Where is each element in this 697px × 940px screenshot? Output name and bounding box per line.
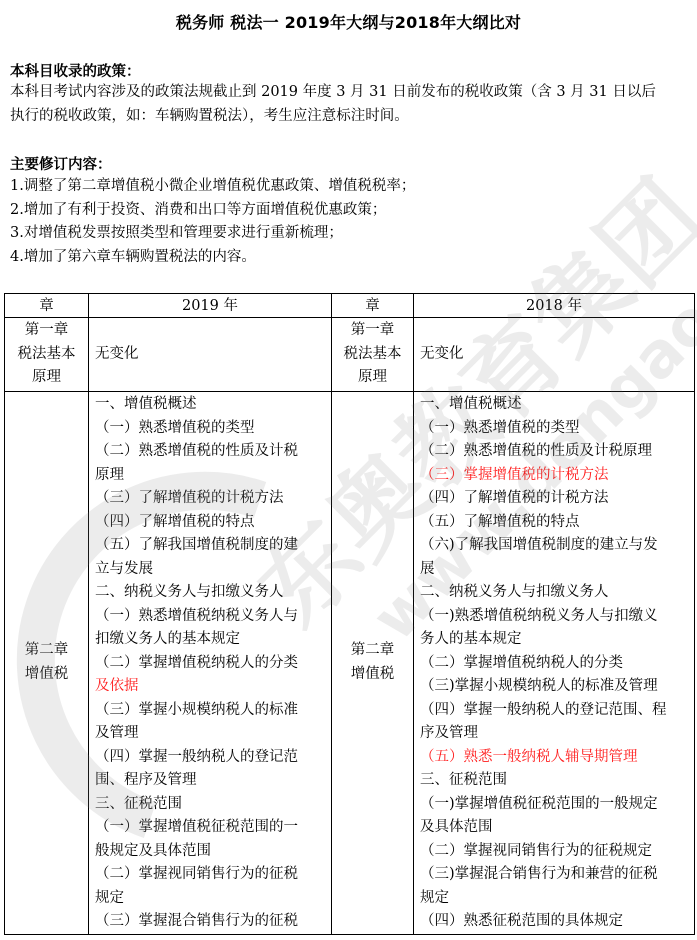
revisions-heading: 主要修订内容： (10, 153, 112, 174)
outline-line: 般规定及具体范围 (95, 840, 327, 864)
outline-line: （一)掌握增值税征税范围的一般规定 (420, 793, 690, 817)
page-title: 税务师 税法一 2019年大纲与2018年大纲比对 (0, 10, 697, 33)
header-2019: 2019 年 (89, 294, 332, 318)
chapter-line: 第二章 (7, 639, 86, 663)
outline-line: （四）掌握一般纳税人的登记范围、程 (420, 699, 690, 723)
outline-line: （二）掌握视同销售行为的征税 (95, 863, 327, 887)
policy-heading: 本科目收录的政策： (10, 60, 141, 81)
outline-line-changed: （三）掌握增值税的计税方法 (420, 464, 690, 488)
outline-line: （五）了解我国增值税制度的建 (95, 534, 327, 558)
outline-line: 围、程序及管理 (95, 769, 327, 793)
outline-line-changed: （五）熟悉一般纳税人辅导期管理 (420, 746, 690, 770)
table-row: 第一章 税法基本 原理 无变化 第一章 税法基本 原理 无变化 (5, 318, 695, 392)
revision-item: 2.增加了有利于投资、消费和出口等方面增值税优惠政策； (10, 199, 415, 223)
chapter-line: 第一章 (7, 319, 86, 343)
outline-line-changed: 及依据 (95, 675, 327, 699)
chapter-cell-2018: 第二章 增值税 (332, 392, 414, 935)
document-page: 税务师 税法一 2019年大纲与2018年大纲比对 本科目收录的政策： 本科目考… (0, 0, 697, 940)
chapter-cell-2019: 第一章 税法基本 原理 (5, 318, 89, 392)
outline-line: （四）了解增值税的特点 (95, 511, 327, 535)
outline-line: （二）掌握增值税纳税人的分类 (95, 652, 327, 676)
revision-item: 1.调整了第二章增值税小微企业增值税优惠政策、增值税税率； (10, 175, 415, 199)
outline-line: （二）掌握增值税纳税人的分类 (420, 652, 690, 676)
outline-line: （一）熟悉增值税纳税义务人与 (95, 605, 327, 629)
outline-line: （二）熟悉增值税的性质及计税原理 (420, 440, 690, 464)
header-2018: 2018 年 (414, 294, 695, 318)
content-cell-2019: 一、增值税概述（一）熟悉增值税的类型（二）熟悉增值税的性质及计税原理（三）了解增… (89, 392, 332, 935)
outline-line: （一）熟悉增值税的类型 (95, 417, 327, 441)
chapter-line: 增值税 (7, 663, 86, 687)
revision-item: 3.对增值税发票按照类型和管理要求进行重新梳理； (10, 222, 415, 246)
outline-line: 规定 (95, 887, 327, 911)
outline-line: （三)掌握混合销售行为和兼营的征税 (420, 863, 690, 887)
chapter-line: 增值税 (334, 663, 411, 687)
outline-line: （六)了解我国增值税制度的建立与发 (420, 534, 690, 558)
outline-line: 立与发展 (95, 558, 327, 582)
content-cell-2018: 无变化 (414, 318, 695, 392)
content-cell-2019: 无变化 (89, 318, 332, 392)
outline-line: 及具体范围 (420, 816, 690, 840)
chapter-line: 税法基本 (334, 343, 411, 367)
outline-line: 三、征税范围 (420, 769, 690, 793)
outline-line: （四）了解增值税的计税方法 (420, 487, 690, 511)
outline-line: （一）掌握增值税征税范围的一 (95, 816, 327, 840)
revisions-list: 1.调整了第二章增值税小微企业增值税优惠政策、增值税税率； 2.增加了有利于投资… (10, 175, 415, 269)
outline-line: （四）掌握一般纳税人的登记范 (95, 746, 327, 770)
outline-line: （三）掌握小规模纳税人的标准 (95, 699, 327, 723)
outline-line: 务人的基本规定 (420, 628, 690, 652)
outline-line: （二）熟悉增值税的性质及计税 (95, 440, 327, 464)
chapter-line: 第二章 (334, 639, 411, 663)
outline-line: （三）掌握混合销售行为的征税 (95, 910, 327, 934)
outline-line: 规定 (420, 887, 690, 911)
outline-line: 原理 (95, 464, 327, 488)
table-header-row: 章 2019 年 章 2018 年 (5, 294, 695, 318)
chapter-line: 税法基本 (7, 343, 86, 367)
chapter-line: 原理 (7, 366, 86, 390)
outline-line: 序及管理 (420, 722, 690, 746)
header-chapter-2018: 章 (332, 294, 414, 318)
outline-line: 及管理 (95, 722, 327, 746)
chapter-cell-2019: 第二章 增值税 (5, 392, 89, 935)
syllabus-comparison-table: 章 2019 年 章 2018 年 第一章 税法基本 原理 无变化 第一章 税法… (4, 293, 695, 935)
outline-line: 一、增值税概述 (95, 393, 327, 417)
policy-text: 本科目考试内容涉及的政策法规截止到 2019 年度 3 月 31 日前发布的税收… (10, 80, 670, 128)
outline-line: （五）了解增值税的特点 (420, 511, 690, 535)
chapter-cell-2018: 第一章 税法基本 原理 (332, 318, 414, 392)
chapter-line: 原理 (334, 366, 411, 390)
outline-line: （一）熟悉增值税的类型 (420, 417, 690, 441)
outline-line: 二、纳税义务人与扣缴义务人 (420, 581, 690, 605)
outline-line: （三）了解增值税的计税方法 (95, 487, 327, 511)
outline-line: 一、增值税概述 (420, 393, 690, 417)
outline-line: 二、纳税义务人与扣缴义务人 (95, 581, 327, 605)
outline-line: （一)熟悉增值税纳税义务人与扣缴义 (420, 605, 690, 629)
table-row: 第二章 增值税 一、增值税概述（一）熟悉增值税的类型（二）熟悉增值税的性质及计税… (5, 392, 695, 935)
revision-item: 4.增加了第六章车辆购置税法的内容。 (10, 246, 415, 270)
content-cell-2018: 一、增值税概述（一）熟悉增值税的类型（二）熟悉增值税的性质及计税原理（三）掌握增… (414, 392, 695, 935)
outline-line: （四）熟悉征税范围的具体规定 (420, 910, 690, 934)
header-chapter-2019: 章 (5, 294, 89, 318)
outline-line: 展 (420, 558, 690, 582)
outline-line: 三、征税范围 (95, 793, 327, 817)
outline-line: 扣缴义务人的基本规定 (95, 628, 327, 652)
chapter-line: 第一章 (334, 319, 411, 343)
outline-line: （二）掌握视同销售行为的征税规定 (420, 840, 690, 864)
outline-line: （三)掌握小规模纳税人的标准及管理 (420, 675, 690, 699)
